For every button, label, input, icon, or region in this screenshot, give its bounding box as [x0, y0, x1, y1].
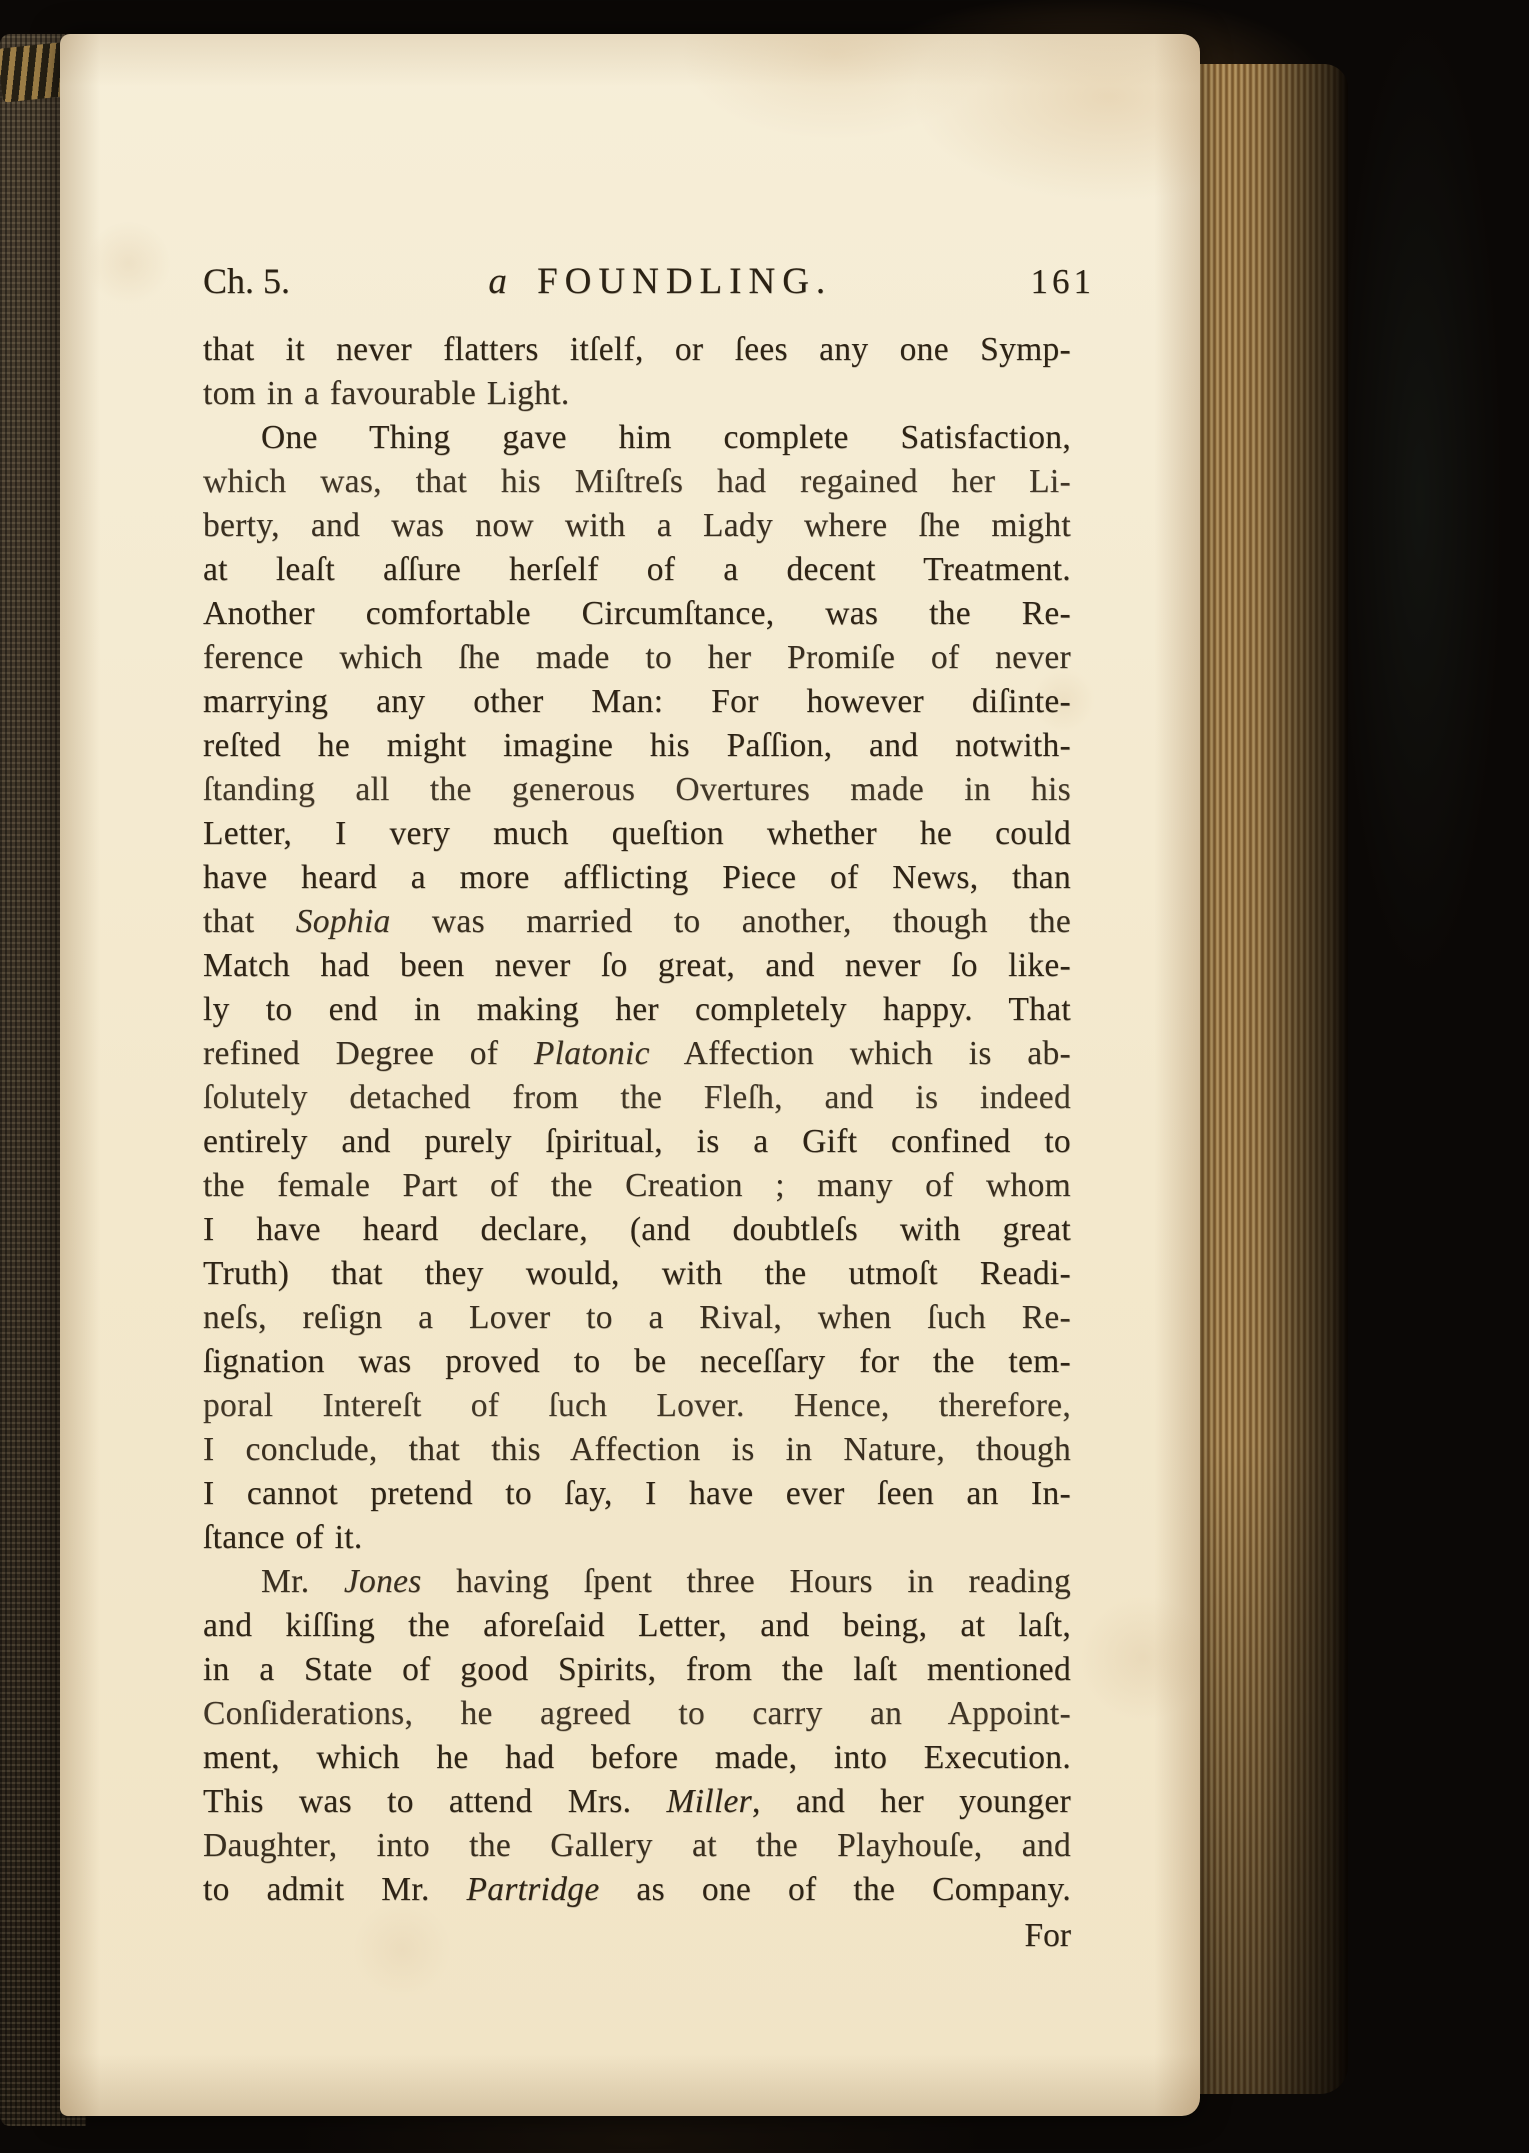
- chapter-label: Ch. 5.: [203, 260, 290, 302]
- text-line: marrying any other Man: For however diſi…: [203, 680, 1071, 724]
- text-line: that it never flatters itſelf, or ſees a…: [203, 328, 1071, 372]
- text-line: Daughter, into the Gallery at the Playho…: [203, 1824, 1071, 1868]
- text-line: This was to attend Mrs. Miller, and her …: [203, 1780, 1071, 1824]
- text-line: ference which ſhe made to her Promiſe of…: [203, 636, 1071, 680]
- text-line: I conclude, that this Affection is in Na…: [203, 1428, 1071, 1472]
- text-line: ment, which he had before made, into Exe…: [203, 1736, 1071, 1780]
- text-line: I have heard declare, (and doubtleſs wit…: [203, 1208, 1071, 1252]
- text-line: that Sophia was married to another, thou…: [203, 900, 1071, 944]
- text-line: entirely and purely ſpiritual, is a Gift…: [203, 1120, 1071, 1164]
- text-line: I cannot pretend to ſay, I have ever ſee…: [203, 1472, 1071, 1516]
- text-line: the female Part of the Creation ; many o…: [203, 1164, 1071, 1208]
- text-line: poral Intereſt of ſuch Lover. Hence, the…: [203, 1384, 1071, 1428]
- text-line: Match had been never ſo great, and never…: [203, 944, 1071, 988]
- text-line: to admit Mr. Partridge as one of the Com…: [203, 1868, 1071, 1912]
- text-line: tom in a favourable Light.: [203, 372, 1071, 416]
- text-line: Letter, I very much queſtion whether he …: [203, 812, 1071, 856]
- text-line: reſted he might imagine his Paſſion, and…: [203, 724, 1071, 768]
- text-line: neſs, reſign a Lover to a Rival, when ſu…: [203, 1296, 1071, 1340]
- book-page: Ch. 5. a FOUNDLING. 161 that it never fl…: [60, 34, 1200, 2116]
- text-line: refined Degree of Platonic Affection whi…: [203, 1032, 1071, 1076]
- text-block: that it never flatters itſelf, or ſees a…: [203, 328, 1071, 1912]
- text-line: berty, and was now with a Lady where ſhe…: [203, 504, 1071, 548]
- text-line: Truth) that they would, with the utmoſt …: [203, 1252, 1071, 1296]
- text-line: and kiſſing the aforeſaid Letter, and be…: [203, 1604, 1071, 1648]
- text-line: which was, that his Miſtreſs had regaine…: [203, 460, 1071, 504]
- text-line: One Thing gave him complete Satisfaction…: [203, 416, 1071, 460]
- text-line: Another comfortable Circumſtance, was th…: [203, 592, 1071, 636]
- text-line: ly to end in making her completely happy…: [203, 988, 1071, 1032]
- text-line: at leaſt aſſure herſelf of a decent Trea…: [203, 548, 1071, 592]
- running-title: a FOUNDLING.: [488, 260, 832, 303]
- catchword: For: [203, 1914, 1075, 1958]
- book-photograph: Ch. 5. a FOUNDLING. 161 that it never fl…: [0, 0, 1529, 2153]
- text-line: in a State of good Spirits, from the laſ…: [203, 1648, 1071, 1692]
- text-line: ſolutely detached from the Fleſh, and is…: [203, 1076, 1071, 1120]
- running-header: Ch. 5. a FOUNDLING. 161: [203, 260, 1095, 303]
- text-line: ſtanding all the generous Overtures made…: [203, 768, 1071, 812]
- text-line: ſignation was proved to be neceſſary for…: [203, 1340, 1071, 1384]
- text-line: Mr. Jones having ſpent three Hours in re…: [203, 1560, 1071, 1604]
- text-line: have heard a more afflicting Piece of Ne…: [203, 856, 1071, 900]
- page-number: 161: [1031, 262, 1096, 302]
- text-line: Conſiderations, he agreed to carry an Ap…: [203, 1692, 1071, 1736]
- text-line: ſtance of it.: [203, 1516, 1071, 1560]
